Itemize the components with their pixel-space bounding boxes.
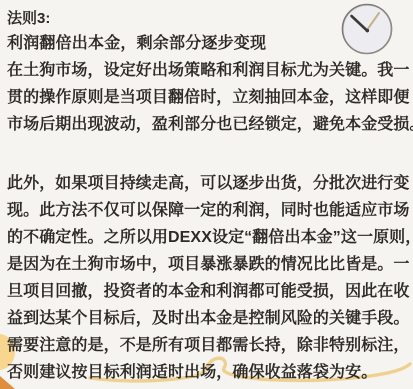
text-line: 旦项目回撤，投资者的本金和利润都可能受损，因此在收 bbox=[7, 278, 406, 305]
text-line: 此外，如果项目持续走高，可以逐步出货，分批次进行变 bbox=[7, 170, 406, 197]
clock-icon bbox=[338, 1, 396, 59]
note-page: 法则3: 利润翻倍出本金，剩余部分逐步变现 在土狗市场，设定好出场策略和利润目标… bbox=[0, 0, 413, 389]
text-line: 需要注意的是，不是所有项目都需长持，除非特别标注， bbox=[7, 332, 406, 359]
paragraph-1: 在土狗市场，设定好出场策略和利润目标尤为关键。我一贯的操作原则是当项目翻倍时，立… bbox=[7, 57, 406, 138]
paragraph-2: 此外，如果项目持续走高，可以逐步出货，分批次进行变现。此方法不仅可以保障一定的利… bbox=[7, 170, 406, 386]
text-line: 贯的操作原则是当项目翻倍时，立刻抽回本金，这样即便 bbox=[7, 84, 406, 111]
text-line: 市场后期出现波动，盈利部分也已经锁定，避免本金受损。 bbox=[7, 111, 406, 138]
text-line: 是因为在土狗市场中，项目暴涨暴跌的情况比比皆是。一 bbox=[7, 251, 406, 278]
text-line: 否则建议按目标利润适时出场，确保收益落袋为安。 bbox=[7, 359, 406, 386]
text-line: 在土狗市场，设定好出场策略和利润目标尤为关键。我一 bbox=[7, 57, 406, 84]
text-line: 的不确定性。之所以用DEXX设定“翻倍出本金”这一原则， bbox=[7, 224, 406, 251]
clock-center-dot bbox=[366, 29, 370, 33]
text-line: 现。此方法不仅可以保障一定的利润，同时也能适应市场 bbox=[7, 197, 406, 224]
text-line: 益到达某个目标后，及时出本金是控制风险的关键手段。 bbox=[7, 305, 406, 332]
